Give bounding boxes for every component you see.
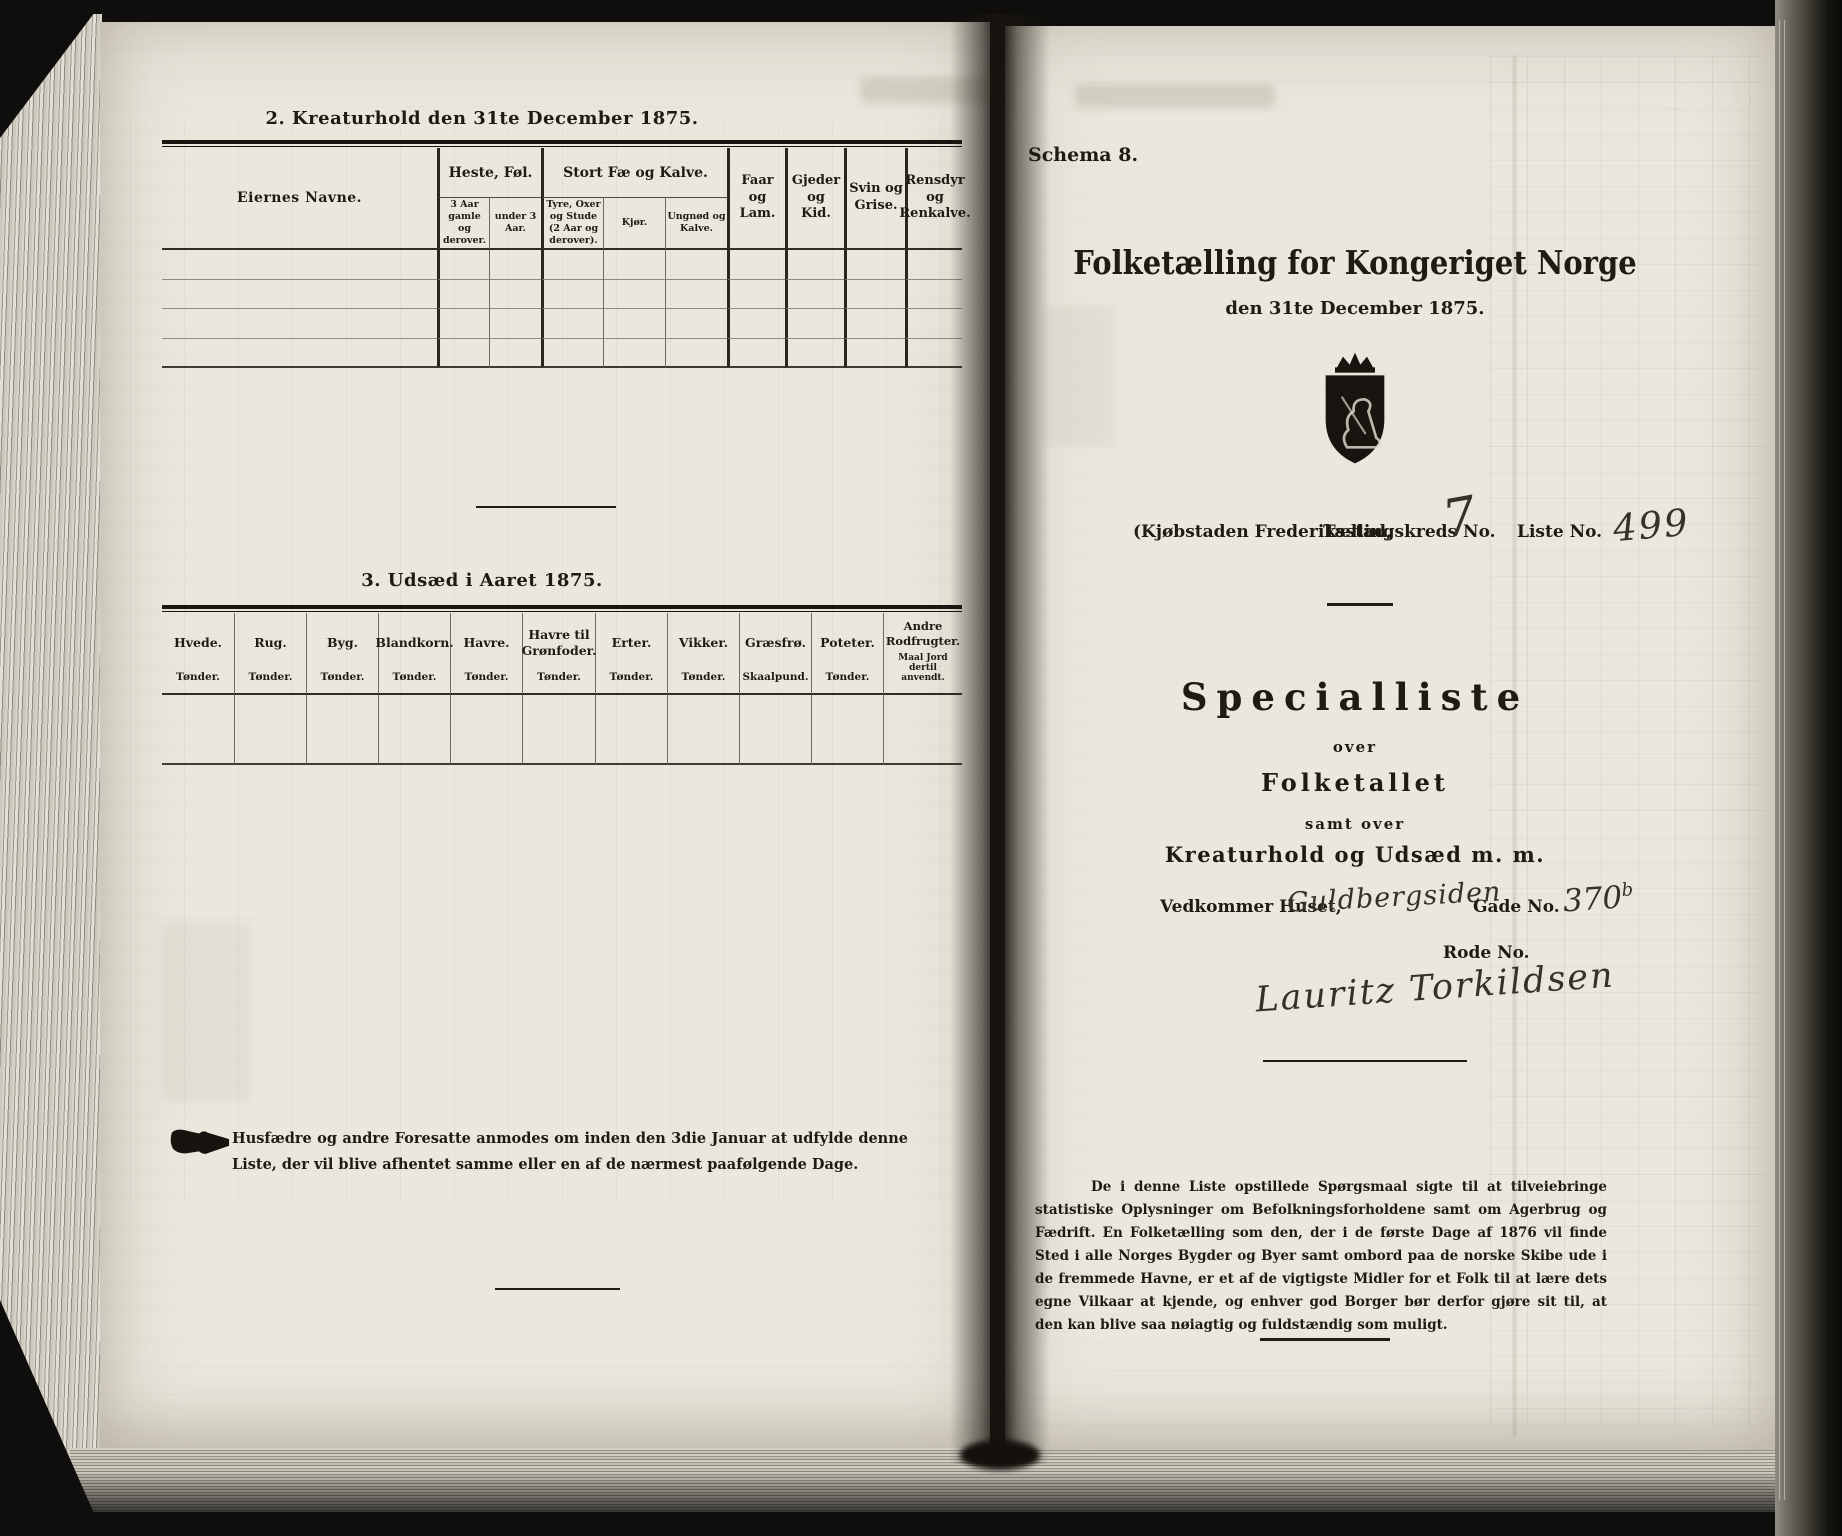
udsaed-empty-cell <box>811 695 883 765</box>
kreaturhold-empty-cell <box>162 339 437 369</box>
kreaturhold-empty-cell <box>489 309 541 339</box>
kreaturhold-empty-cell <box>437 250 489 280</box>
udsaed-empty-cell <box>522 695 595 765</box>
column-header-svin-grise: Svin og Grise. <box>844 148 905 250</box>
bottom-shadow <box>0 1470 1842 1536</box>
kreaturhold-empty-cell <box>489 250 541 280</box>
udsaed-empty-cell <box>306 695 378 765</box>
kreaturhold-empty-cell <box>603 280 665 310</box>
page-edge-line <box>1784 20 1785 1500</box>
left-page: 2. Kreaturhold den 31te December 1875. E… <box>100 22 990 1448</box>
table-top-rule <box>162 140 962 147</box>
heading-folketallet: Folketallet <box>1055 768 1655 797</box>
udsaed-column-havre: Havre. Tønder. <box>450 613 522 695</box>
udsaed-empty-cell <box>234 695 306 765</box>
kreaturhold-empty-cell <box>437 280 489 310</box>
heading-over: over <box>1055 738 1655 756</box>
udsaed-empty-cell <box>450 695 522 765</box>
census-book-scan: 2. Kreaturhold den 31te December 1875. E… <box>0 0 1842 1536</box>
list-label: Liste No. <box>1517 522 1602 542</box>
pointing-hand-icon <box>170 1124 230 1158</box>
column-group-stort-fae: Stort Fæ og Kalve. <box>541 148 727 198</box>
udsaed-column-rug: Rug. Tønder. <box>234 613 306 695</box>
udsaed-column-erter: Erter. Tønder. <box>595 613 667 695</box>
kreaturhold-empty-cell <box>541 280 603 310</box>
kreaturhold-empty-cell <box>437 309 489 339</box>
kreaturhold-empty-cell <box>489 280 541 310</box>
kreaturhold-empty-cell <box>541 250 603 280</box>
udsaed-empty-cell <box>595 695 667 765</box>
footnote-text: Husfædre og andre Foresatte anmodes om i… <box>232 1126 908 1178</box>
udsaed-empty-cell <box>162 695 234 765</box>
udsaed-title: 3. Udsæd i Aaret 1875. <box>162 570 802 591</box>
kreaturhold-empty-cell <box>844 339 905 369</box>
date-line: den 31te December 1875. <box>1050 298 1660 319</box>
norwegian-coat-of-arms-icon <box>1315 348 1395 472</box>
signature-rule <box>1263 1060 1467 1062</box>
kreaturhold-empty-cell <box>541 339 603 369</box>
book-fore-edge <box>0 14 102 1464</box>
kreaturhold-empty-cell <box>665 280 727 310</box>
kreaturhold-empty-cell <box>727 309 785 339</box>
book-right-page-stack <box>1775 0 1842 1536</box>
heading-kreaturhold-udsaed: Kreaturhold og Udsæd m. m. <box>1055 842 1655 867</box>
udsaed-column-byg: Byg. Tønder. <box>306 613 378 695</box>
udsaed-column-graesfro: Græsfrø. Skaalpund. <box>739 613 811 695</box>
udsaed-table: Hvede. Tønder. Rug. Tønder. Byg. Tønder.… <box>162 613 962 765</box>
kreaturhold-empty-cell <box>603 339 665 369</box>
udsaed-column-hvede: Hvede. Tønder. <box>162 613 234 695</box>
udsaed-empty-cell <box>667 695 739 765</box>
right-page: Schema 8. Folketælling for Kongeriget No… <box>1005 26 1775 1450</box>
section-divider-rule <box>476 506 616 508</box>
udsaed-empty-cell <box>739 695 811 765</box>
info-paragraph: De i denne Liste opstillede Spørgsmaal s… <box>1035 1176 1607 1337</box>
kreaturhold-empty-cell <box>785 280 844 310</box>
udsaed-column-havre-gronfoder: Havre til Grønfoder. Tønder. <box>522 613 595 695</box>
udsaed-column-vikker: Vikker. Tønder. <box>667 613 739 695</box>
udsaed-column-poteter: Poteter. Tønder. <box>811 613 883 695</box>
kreaturhold-empty-cell <box>162 280 437 310</box>
kreaturhold-empty-cell <box>489 339 541 369</box>
kreaturhold-empty-cell <box>727 280 785 310</box>
book-gutter-shadow <box>950 14 1050 1464</box>
kreaturhold-table: Eiernes Navne. Heste, Føl. Stort Fæ og K… <box>162 148 962 368</box>
main-title: Folketælling for Kongeriget Norge <box>1050 244 1660 282</box>
kreaturhold-empty-cell <box>162 309 437 339</box>
district-underline <box>1327 603 1393 606</box>
kreaturhold-empty-cell <box>665 250 727 280</box>
column-group-heste: Heste, Føl. <box>437 148 541 198</box>
ink-bleed-smudge <box>1075 84 1275 108</box>
list-number-handwritten: 499 <box>1611 501 1691 551</box>
rode-label: Rode No. <box>1443 943 1530 963</box>
column-header-gjeder-kid: Gjeder og Kid. <box>785 148 844 250</box>
gade-label: Gade No. <box>1473 897 1560 917</box>
kreaturhold-empty-cell <box>437 339 489 369</box>
kreaturhold-empty-cell <box>844 250 905 280</box>
column-header-eiernes-navne: Eiernes Navne. <box>162 148 437 250</box>
subcolumn-kjor: Kjør. <box>603 198 665 250</box>
bottom-short-rule <box>495 1288 620 1290</box>
kreaturhold-empty-cell <box>665 339 727 369</box>
kreaturhold-empty-cell <box>785 339 844 369</box>
heading-samt-over: samt over <box>1055 815 1655 833</box>
subcolumn-tyre-oxer: Tyre, Oxer og Stude (2 Aar og derover). <box>541 198 603 250</box>
kreaturhold-empty-cell <box>665 309 727 339</box>
gade-number-handwritten: 370b <box>1562 879 1635 920</box>
kreaturhold-empty-cell <box>603 309 665 339</box>
table-top-rule <box>162 605 962 612</box>
page-edge-line <box>1779 20 1780 1500</box>
end-rule <box>1260 1338 1390 1341</box>
kreaturhold-empty-cell <box>541 309 603 339</box>
ink-bleed-smudge <box>1045 306 1115 446</box>
kreaturhold-empty-cell <box>844 280 905 310</box>
subcolumn-3-aar: 3 Aar gamle og derover. <box>437 198 489 250</box>
kreaturhold-empty-cell <box>785 309 844 339</box>
kreaturhold-empty-cell <box>785 250 844 280</box>
kreaturhold-empty-cell <box>727 250 785 280</box>
kreaturhold-empty-cell <box>727 339 785 369</box>
udsaed-column-blandkorn: Blandkorn. Tønder. <box>378 613 450 695</box>
kreaturhold-empty-cell <box>844 309 905 339</box>
heading-specialliste: Specialliste <box>1055 675 1655 719</box>
kreaturhold-empty-cell <box>603 250 665 280</box>
ink-bleed-smudge <box>160 922 250 1102</box>
subcolumn-ungnod-kalve: Ungnød og Kalve. <box>665 198 727 250</box>
kreaturhold-title: 2. Kreaturhold den 31te December 1875. <box>162 108 802 129</box>
kreaturhold-empty-cell <box>162 250 437 280</box>
column-header-faar-lam: Faar og Lam. <box>727 148 785 250</box>
subcolumn-under-3-aar: under 3 Aar. <box>489 198 541 250</box>
udsaed-empty-cell <box>378 695 450 765</box>
gade-number-suffix: b <box>1621 879 1634 901</box>
gutter-ink-blob <box>960 1440 1040 1470</box>
